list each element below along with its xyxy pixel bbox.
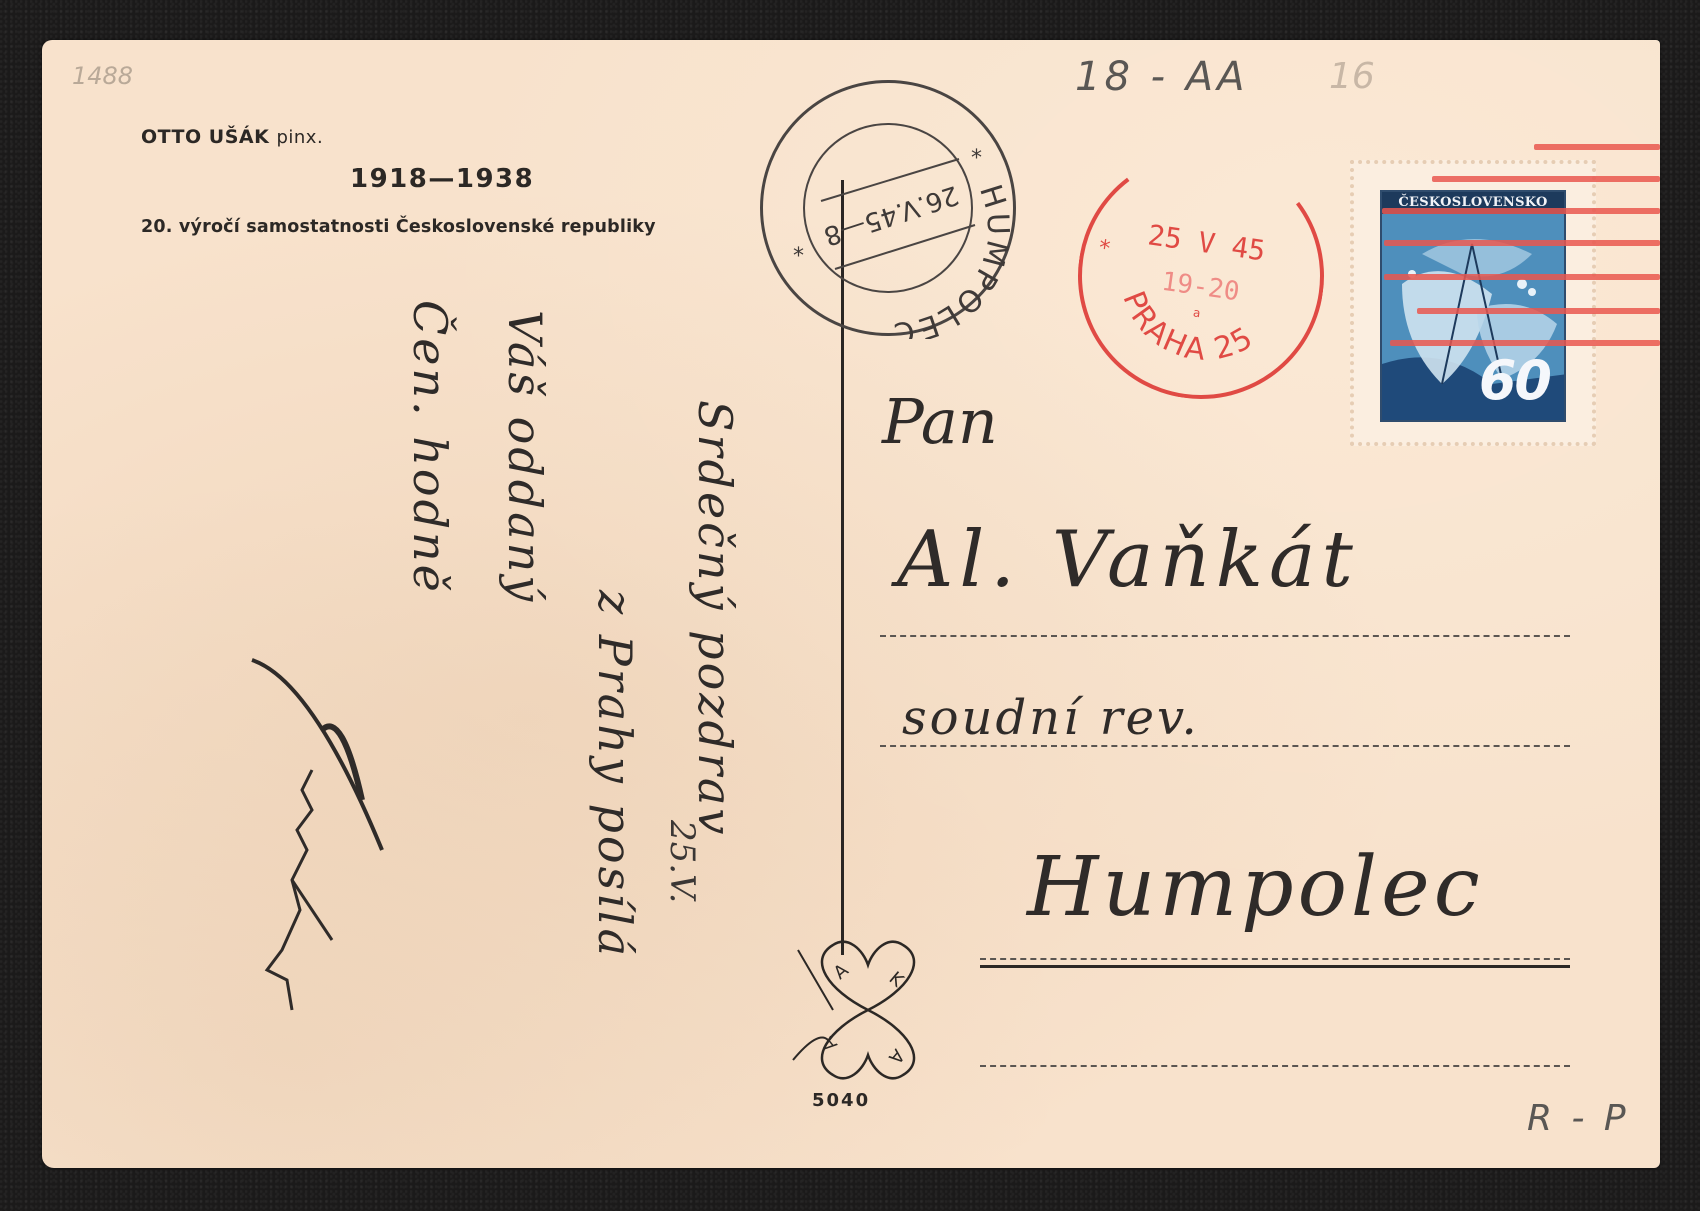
- message-line: Váš oddaný: [498, 310, 552, 604]
- cancel-bar: [1534, 144, 1660, 150]
- cancel-bar: [1384, 240, 1660, 246]
- handwritten-message: Srdečný pozdrav z Prahy posílá Váš oddan…: [222, 360, 782, 1140]
- cancellation-bars: [1312, 140, 1660, 380]
- publisher-clover-logo: A K A A: [788, 920, 948, 1100]
- address-city: Humpolec: [1027, 840, 1484, 935]
- pencil-note-bottom: R - P: [1527, 1098, 1630, 1139]
- message-line: z Prahy posílá: [588, 590, 642, 959]
- svg-text:K: K: [885, 968, 908, 992]
- signature: [242, 650, 402, 1030]
- message-line: Srdečný pozdrav: [688, 400, 742, 837]
- pencil-note-top: 18 - AA: [1075, 54, 1249, 100]
- address-line-3: [980, 958, 1570, 960]
- anniversary-subtitle: 20. výročí samostatnosti Československé …: [141, 217, 656, 237]
- message-line: Čen. hodně: [403, 300, 457, 595]
- address-title: soudní rev.: [902, 690, 1200, 746]
- address-name: Al. Vaňkát: [897, 515, 1359, 605]
- svg-text:25 V 45: 25 V 45: [1146, 218, 1267, 267]
- catalog-number: 5040: [812, 1090, 870, 1111]
- anniversary-years: 1918—1938: [350, 164, 534, 194]
- cancel-bar: [1417, 308, 1660, 314]
- address-underline: [980, 965, 1570, 968]
- svg-text:26.V.45—8: 26.V.45—8: [820, 179, 962, 251]
- pencil-note-faint: 16: [1329, 56, 1375, 97]
- postmark-humpolec: HUMPOLEC 26.V.45—8 * *: [760, 80, 1016, 336]
- artist-suffix: pinx.: [276, 127, 323, 148]
- svg-text:*: *: [1097, 236, 1111, 262]
- svg-text:a: a: [1192, 305, 1201, 320]
- svg-text:A: A: [817, 1032, 841, 1055]
- address-line-2: [880, 745, 1570, 747]
- address-line-1: [880, 635, 1570, 637]
- svg-text:*: *: [971, 146, 982, 171]
- svg-text:A: A: [830, 959, 853, 983]
- pencil-corner-note: 1488: [72, 62, 133, 90]
- address-line-4: [980, 1065, 1570, 1067]
- postmark-praha-text: PRAHA 25 25 V 45 19-20 a *: [1065, 142, 1343, 420]
- message-date: 25.V.: [662, 820, 702, 904]
- svg-text:*: *: [793, 244, 804, 269]
- cancel-bar: [1432, 176, 1660, 182]
- cancel-bar: [1384, 274, 1660, 280]
- address-salutation: Pan: [882, 385, 998, 458]
- artist-credit: OTTO UŠÁK pinx.: [141, 126, 323, 148]
- cancel-bar: [1390, 340, 1660, 346]
- cancel-bar: [1382, 208, 1660, 214]
- postcard: 1488 OTTO UŠÁK pinx. 1918—1938 20. výroč…: [42, 40, 1660, 1168]
- svg-text:19-20: 19-20: [1160, 267, 1242, 308]
- svg-text:A: A: [884, 1045, 908, 1068]
- postmark-praha: PRAHA 25 25 V 45 19-20 a *: [1062, 137, 1340, 415]
- postmark-humpolec-text: HUMPOLEC 26.V.45—8 * *: [763, 83, 1019, 339]
- artist-name: OTTO UŠÁK: [141, 126, 269, 148]
